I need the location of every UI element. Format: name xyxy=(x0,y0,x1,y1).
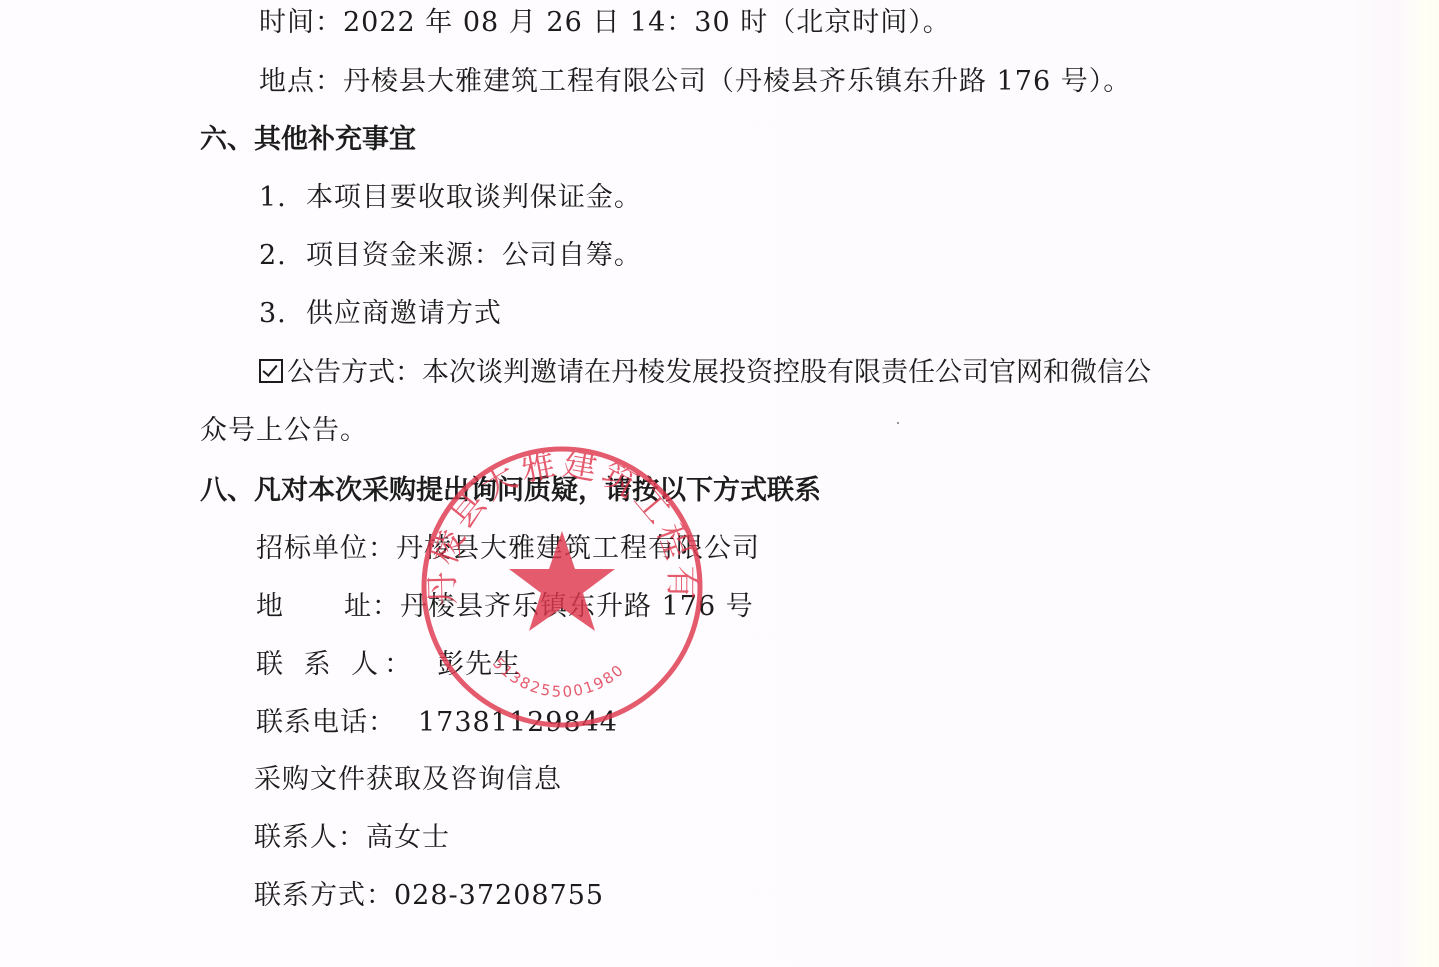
meeting-place-value: 丹棱县大雅建筑工程有限公司（丹棱县齐乐镇东升路 176 号）。 xyxy=(343,66,1131,97)
document-page: 时间：2022 年 08 月 26 日 14：30 时（北京时间）。 地点：丹棱… xyxy=(0,0,1439,967)
item-text: 本项目要收取谈判保证金。 xyxy=(306,182,642,213)
section-8-heading: 八、凡对本次采购提出询问质疑，请按以下方式联系 xyxy=(200,474,821,508)
item-number: 3. xyxy=(259,298,287,329)
announcement-method: 公告方式：本次谈判邀请在丹棱发展投资控股有限责任公司官网和微信公 xyxy=(259,356,1151,390)
contact-value: 丹棱县大雅建筑工程有限公司 xyxy=(396,533,760,564)
announcement-text-line1: 公告方式：本次谈判邀请在丹棱发展投资控股有限责任公司官网和微信公 xyxy=(287,357,1151,388)
item-text: 项目资金来源：公司自筹。 xyxy=(306,240,642,271)
meeting-time: 时间：2022 年 08 月 26 日 14：30 时（北京时间）。 xyxy=(259,6,951,40)
stamp-company-text: 丹棱县大雅建筑工程有限公司 xyxy=(418,443,701,606)
announcement-text-line2: 众号上公告。 xyxy=(200,414,368,448)
contact-phone: 联系电话：17381129844 xyxy=(256,706,618,740)
procurement-phone-label: 联系方式： xyxy=(254,880,394,911)
item-text: 供应商邀请方式 xyxy=(306,298,502,329)
meeting-place-label: 地点： xyxy=(259,66,343,97)
contact-label-part-a: 地 xyxy=(256,591,284,622)
section-6-item-3: 3. 供应商邀请方式 xyxy=(259,297,502,331)
contact-label-part-b: 址： xyxy=(344,591,400,622)
item-number: 2. xyxy=(259,240,287,271)
procurement-contact-value: 高女士 xyxy=(366,822,450,853)
section-6-heading: 六、其他补充事宜 xyxy=(200,123,416,157)
procurement-phone: 联系方式：028-37208755 xyxy=(254,879,604,913)
section-6-item-2: 2. 项目资金来源：公司自筹。 xyxy=(259,239,642,273)
item-number: 1. xyxy=(259,182,287,213)
contact-label: 招标单位： xyxy=(256,533,396,564)
meeting-time-label: 时间： xyxy=(259,7,343,38)
section-6-item-1: 1. 本项目要收取谈判保证金。 xyxy=(259,181,642,215)
meeting-time-value: 2022 年 08 月 26 日 14：30 时（北京时间）。 xyxy=(343,7,951,38)
contact-address: 地址：丹棱县齐乐镇东升路 176 号 xyxy=(256,590,754,624)
contact-label: 联系电话： xyxy=(256,707,396,738)
contact-label: 联 系 人： xyxy=(256,649,417,680)
procurement-phone-value: 028-37208755 xyxy=(394,880,604,911)
scan-speck xyxy=(897,422,899,424)
procurement-contact-label: 联系人： xyxy=(254,822,366,853)
meeting-place: 地点：丹棱县大雅建筑工程有限公司（丹棱县齐乐镇东升路 176 号）。 xyxy=(259,65,1131,99)
contact-value: 丹棱县齐乐镇东升路 176 号 xyxy=(400,591,754,622)
contact-person: 联 系 人：彭先生 xyxy=(256,648,521,682)
contact-value: 17381129844 xyxy=(418,707,618,738)
contact-value: 彭先生 xyxy=(437,649,521,680)
contact-bidding-unit: 招标单位：丹棱县大雅建筑工程有限公司 xyxy=(256,532,760,566)
checked-checkbox-icon xyxy=(259,359,283,383)
procurement-contact: 联系人：高女士 xyxy=(254,821,450,855)
procurement-info-heading: 采购文件获取及咨询信息 xyxy=(254,763,562,797)
